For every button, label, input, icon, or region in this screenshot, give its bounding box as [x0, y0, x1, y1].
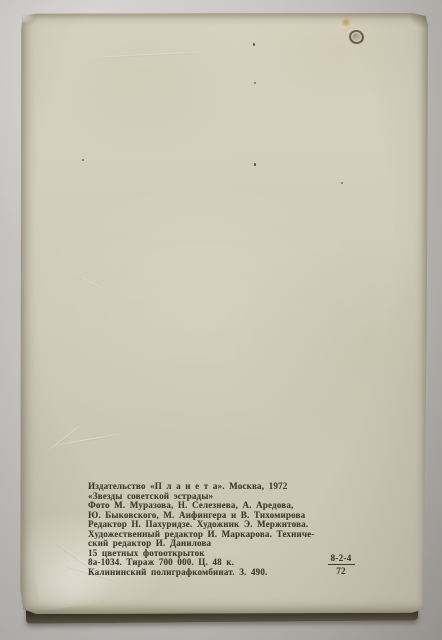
edition-mark-fraction: 8-2-4 72 [321, 553, 361, 576]
corner-wear [19, 12, 37, 26]
imprint-text: Издательство «П л а н е т а». Москва, 19… [88, 482, 315, 577]
edition-mark-denominator: 72 [321, 565, 361, 576]
crease [46, 423, 83, 453]
ink-ring-mark [347, 28, 365, 45]
edition-mark-numerator: 8-2-4 [328, 553, 355, 565]
imprint-line: Калининский полиграфкомбинат. З. 490. [88, 568, 315, 578]
speck [82, 159, 84, 161]
photo-backdrop: Издательство «П л а н е т а». Москва, 19… [0, 0, 442, 640]
yellow-stain [342, 19, 351, 26]
speck [341, 182, 343, 184]
speck [254, 82, 256, 84]
speck [254, 163, 256, 166]
corner-wear [409, 12, 429, 28]
crease [84, 51, 212, 60]
speck [253, 43, 255, 46]
crease [72, 272, 106, 292]
booklet-back-cover: Издательство «П л а н е т а». Москва, 19… [20, 13, 428, 614]
